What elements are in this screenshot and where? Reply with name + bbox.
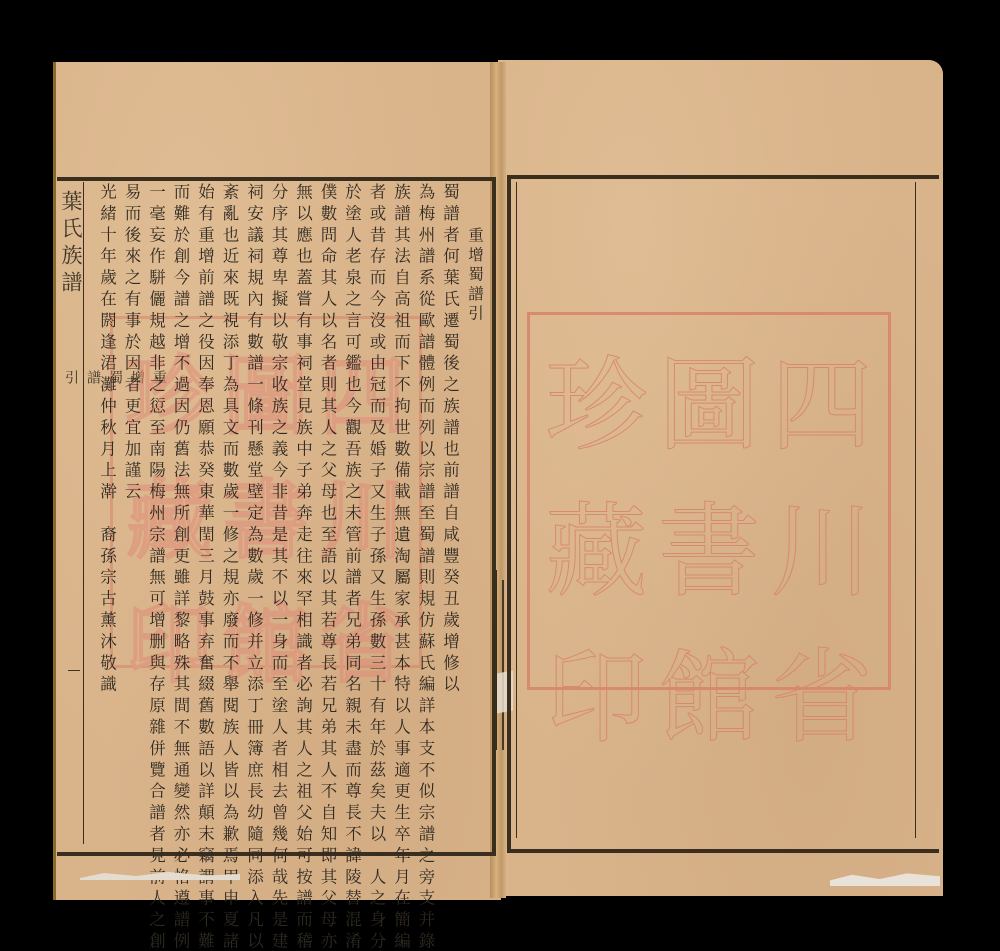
text-column: 易而後來之有事於因者更宜加謹云	[120, 183, 145, 843]
banner-column: 葉氏族譜 重增蜀譜引	[60, 190, 82, 298]
text-column: 蜀譜者何葉氏遷蜀後之族譜也前譜自咸豐癸丑歲增修以	[438, 183, 463, 843]
colophon-column: 光緒十年歲在閼逢涒灘仲秋月上澣 裔孫宗古薰沐敬識	[95, 183, 120, 843]
text-column: 始有重增前譜之役因奉恩願恭癸東華閏三月鼓事弃奮綴舊數語以詳顛末竊謂事不難於因	[193, 183, 218, 843]
text-column: 於塗人老泉之言可鑑也今觀吾族之未管前譜者兄弟同名親未盡而尊長不諱陵替混淆難更	[340, 183, 365, 843]
text-column: 者或昔存而今沒或由冠而及婚子又生子孫又生孫數三十有年於茲矣夫以一人之身分而至	[365, 183, 390, 843]
preface-text: 重增蜀譜引 蜀譜者何葉氏遷蜀後之族譜也前譜自咸豐癸丑歲增修以 為梅州譜系從歐譜體…	[117, 183, 487, 843]
page-number	[68, 670, 80, 671]
right-frame-inner-line-right	[915, 182, 916, 838]
text-column: 族譜其法自高祖而下不拘世數備載無遺淘屬家承甚本特以人事適更生卒年月在簡編	[389, 183, 414, 843]
right-frame-inner-line-left	[516, 182, 517, 838]
left-banner-divider	[83, 182, 84, 844]
text-column: 祠安議祠規內有數譜一條刊懸堂壁定為數歲一修并立添丁冊簿庶長幼隨同添入凡以防	[242, 183, 267, 843]
text-column: 而難於創今譜之增不過因仍舊法無所創更雖詳黎略殊其間不無通變然亦必恪遵譜例不敢	[169, 183, 194, 843]
text-column: 為梅州譜系從歐譜體例而列以宗譜至蜀譜則規仿蘇氏編詳本支不似宗譜之旁支并錄故曰	[414, 183, 439, 843]
text-column: 分序其尊卑擬以敬宗收族之義今非昔是其不以一身而至塗人者相去曾幾何哉先是建立宗	[267, 183, 292, 843]
text-column: 無以應也蓋嘗有事祠堂見族中子弟奔走往來罕相識者必詢其人之祖父始可按譜而稽其房	[291, 183, 316, 843]
preface-heading: 重增蜀譜引	[463, 183, 488, 843]
book-spread: 葉氏族譜 重增蜀譜引 四 川 省 圖 書 館 珍 藏 印 重增蜀譜引 蜀譜者何葉…	[0, 0, 1000, 951]
text-column: 紊亂也近來既視添丁為具文而數歲一修之規亦廢而不舉閱族人皆以為歉焉甲申夏諸父兄	[218, 183, 243, 843]
gutter-line-2	[502, 580, 504, 750]
right-page-frame	[507, 175, 939, 853]
text-column: 僕數問命其人以名者則其人之父母也至語以其若尊長若兄弟其人不自知即其父母亦茫	[316, 183, 341, 843]
text-column: 一毫妄作駢儷規越非之愆至南陽梅州宗譜無可增删與存原雜併覽合譜者見前人之創法不	[144, 183, 169, 843]
book-title: 葉氏族譜	[60, 190, 82, 298]
